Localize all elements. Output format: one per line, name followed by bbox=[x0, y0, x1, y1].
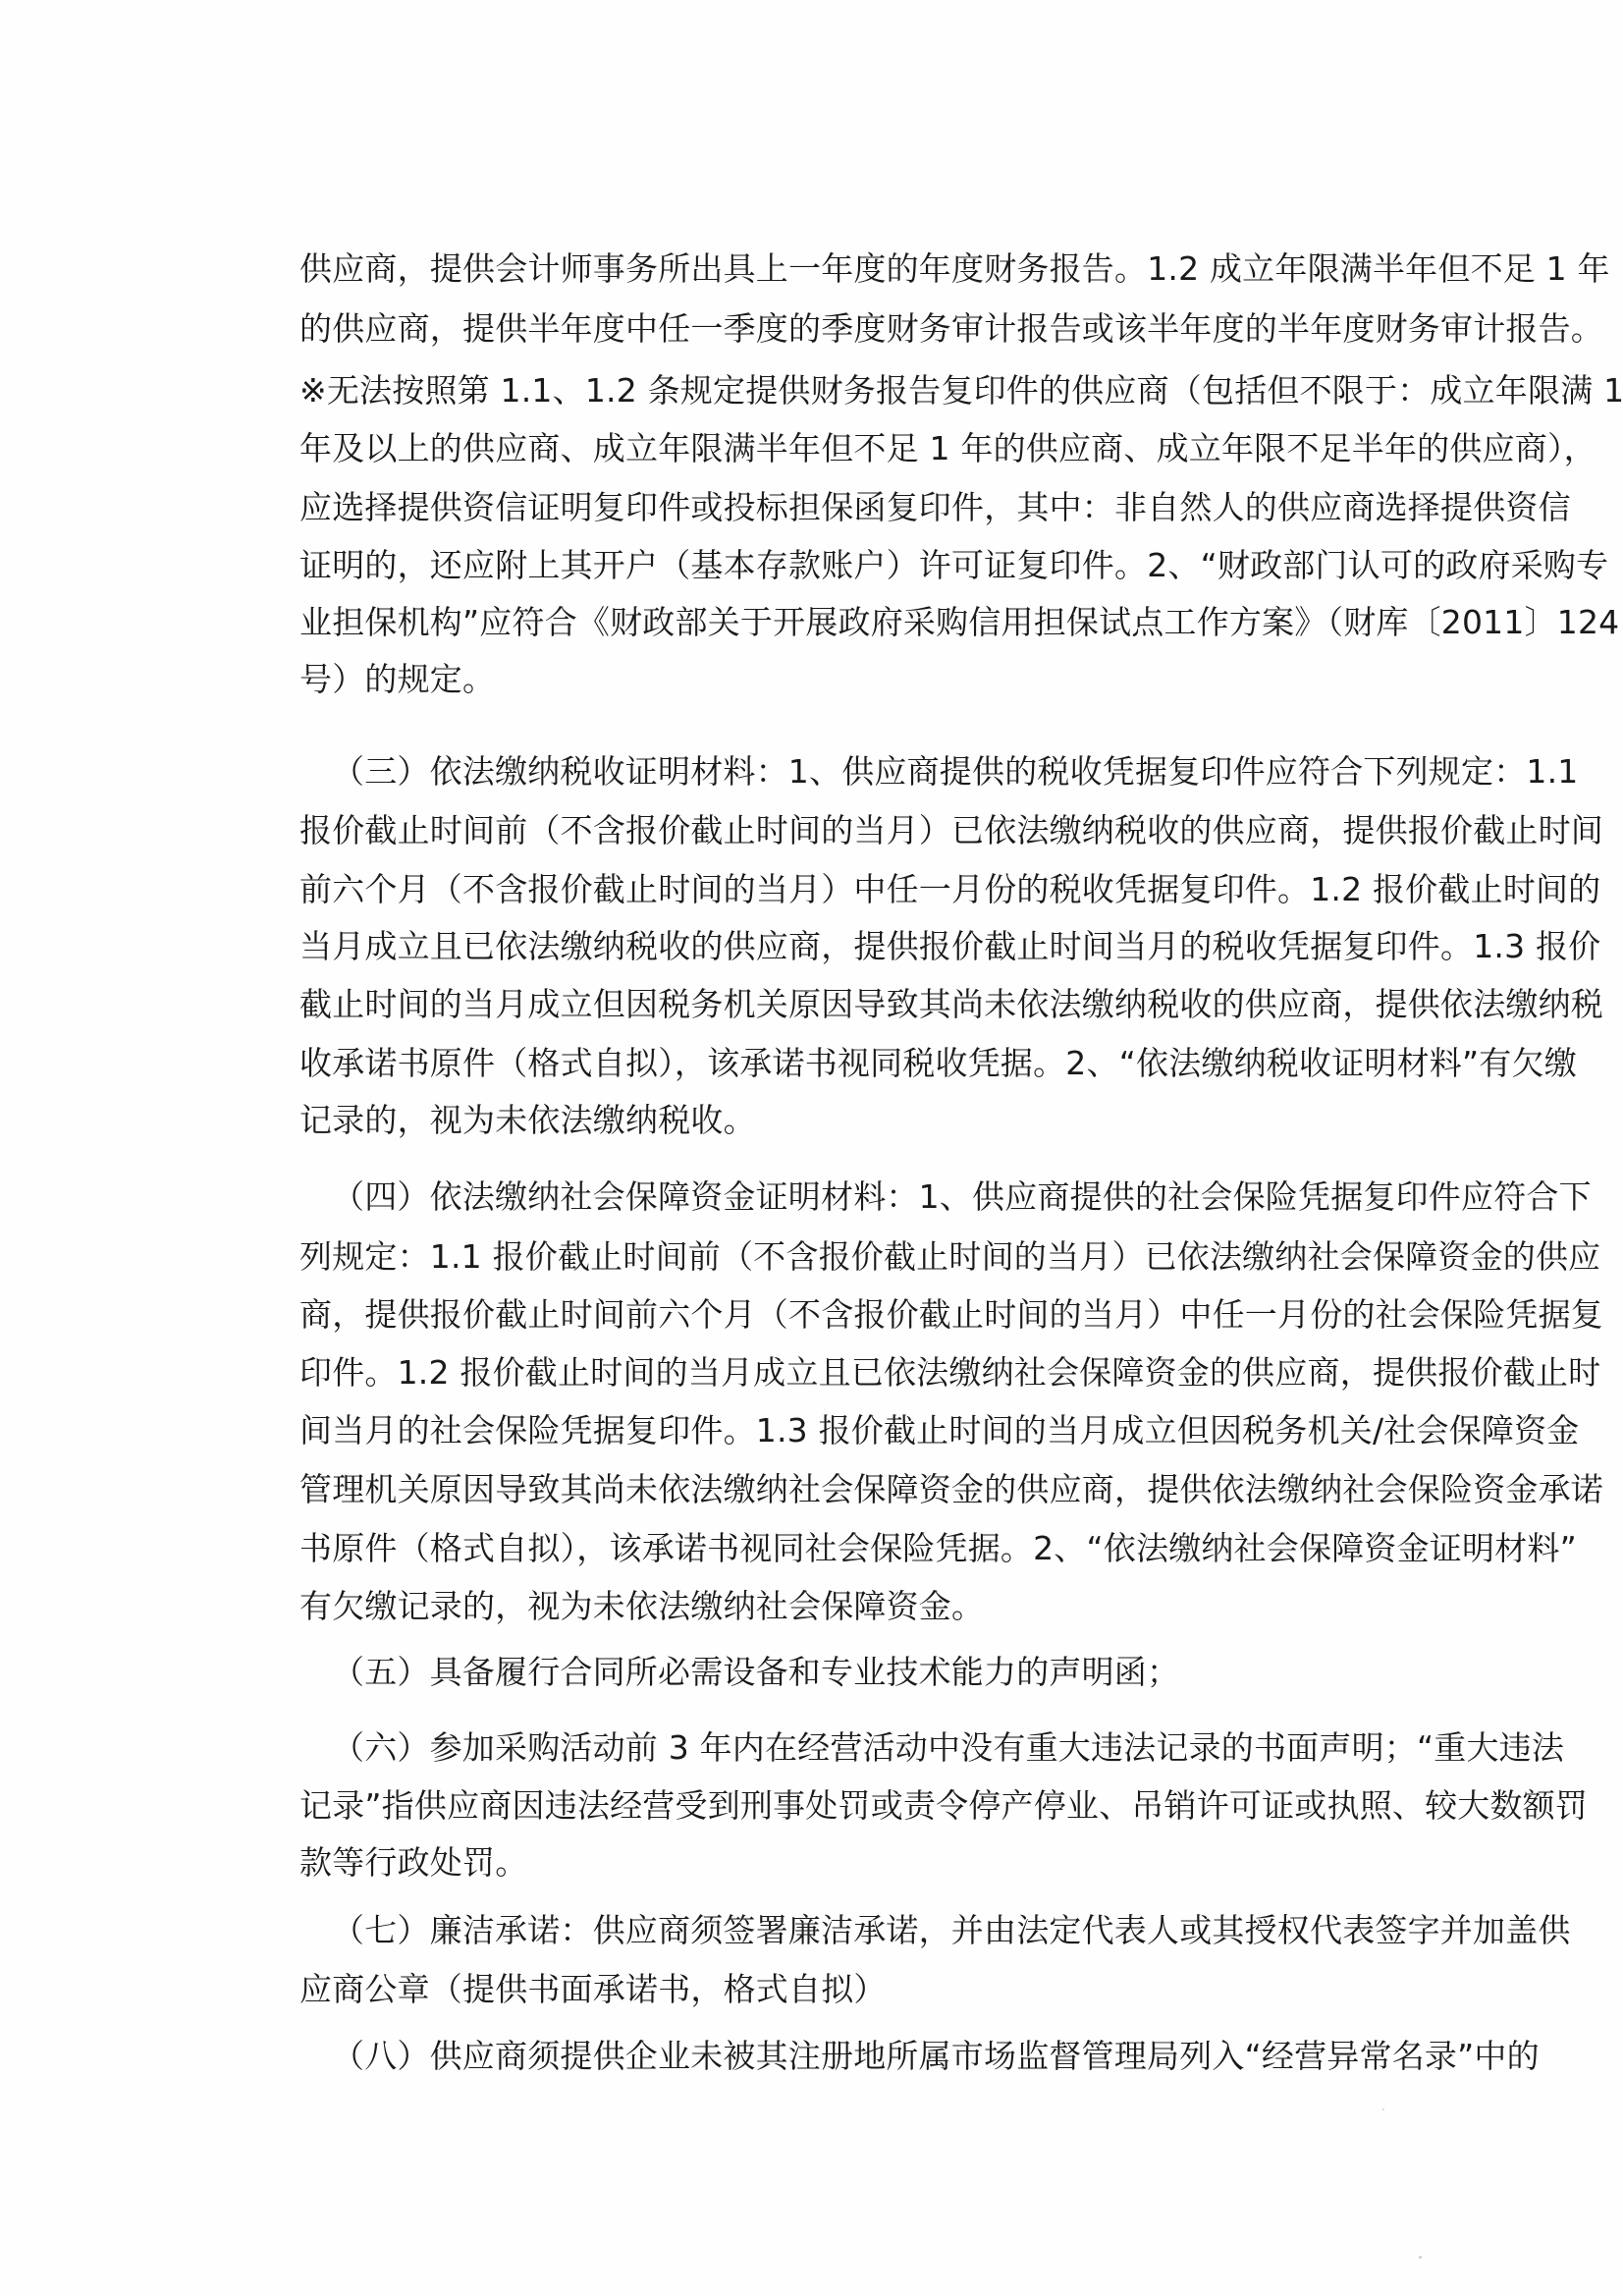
text-line: 前六个月（不含报价截止时间的当月）中任一月份的税收凭据复印件。1.2 报价截止时… bbox=[299, 870, 1384, 909]
text-line: 证明的，还应附上其开户（基本存款账户）许可证复印件。2、“财政部门认可的政府采购… bbox=[299, 546, 1384, 585]
text-line: 收承诺书原件（格式自拟），该承诺书视同税收凭据。2、“依法缴纳税收证明材料”有欠… bbox=[299, 1044, 1384, 1083]
text-line: （八）供应商须提供企业未被其注册地所属市场监督管理局列入“经营异常名录”中的 bbox=[332, 2037, 1384, 2076]
text-line: 供应商，提供会计师事务所出具上一年度的年度财务报告。1.2 成立年限满半年但不足… bbox=[299, 249, 1384, 289]
text-line: 列规定：1.1 报价截止时间前（不含报价截止时间的当月）已依法缴纳社会保障资金的… bbox=[299, 1237, 1384, 1277]
document-page: 供应商，提供会计师事务所出具上一年度的年度财务报告。1.2 成立年限满半年但不足… bbox=[0, 0, 1623, 2296]
text-line: （四）依法缴纳社会保障资金证明材料：1、供应商提供的社会保险凭据复印件应符合下 bbox=[332, 1177, 1384, 1217]
scan-speck bbox=[1419, 2256, 1422, 2259]
text-line: 印件。1.2 报价截止时间的当月成立且已依法缴纳社会保障资金的供应商，提供报价截… bbox=[299, 1353, 1384, 1393]
scan-speck bbox=[1382, 2108, 1384, 2110]
text-line: 间当月的社会保险凭据复印件。1.3 报价截止时间的当月成立但因税务机关/社会保障… bbox=[299, 1411, 1384, 1450]
text-line: 的供应商，提供半年度中任一季度的季度财务审计报告或该半年度的半年度财务审计报告。 bbox=[299, 309, 1384, 349]
text-line: 应选择提供资信证明复印件或投标担保函复印件，其中：非自然人的供应商选择提供资信 bbox=[299, 488, 1384, 527]
text-line: 业担保机构”应符合《财政部关于开展政府采购信用担保试点工作方案》（财库〔2011… bbox=[299, 603, 1384, 642]
text-line: 报价截止时间前（不含报价截止时间的当月）已依法缴纳税收的供应商，提供报价截止时间 bbox=[299, 811, 1384, 850]
text-line: 款等行政处罚。 bbox=[299, 1843, 1384, 1883]
text-line: （五）具备履行合同所必需设备和专业技术能力的声明函； bbox=[332, 1653, 1384, 1692]
text-line: 管理机关原因导致其尚未依法缴纳社会保障资金的供应商，提供依法缴纳社会保险资金承诺 bbox=[299, 1470, 1384, 1509]
text-line: （七）廉洁承诺：供应商须签署廉洁承诺，并由法定代表人或其授权代表签字并加盖供 bbox=[332, 1911, 1384, 1950]
text-line: 记录的，视为未依法缴纳税收。 bbox=[299, 1101, 1384, 1140]
text-line: ※无法按照第 1.1、1.2 条规定提供财务报告复印件的供应商（包括但不限于：成… bbox=[299, 371, 1384, 410]
text-line: 年及以上的供应商、成立年限满半年但不足 1 年的供应商、成立年限不足半年的供应商… bbox=[299, 429, 1384, 468]
text-line: 有欠缴记录的，视为未依法缴纳社会保障资金。 bbox=[299, 1587, 1384, 1626]
text-line: 号）的规定。 bbox=[299, 660, 1384, 699]
text-line: （三）依法缴纳税收证明材料：1、供应商提供的税收凭据复印件应符合下列规定：1.1 bbox=[332, 752, 1384, 792]
text-line: 商，提供报价截止时间前六个月（不含报价截止时间的当月）中任一月份的社会保险凭据复 bbox=[299, 1295, 1384, 1335]
text-line: （六）参加采购活动前 3 年内在经营活动中没有重大违法记录的书面声明；“重大违法 bbox=[332, 1728, 1384, 1768]
text-line: 书原件（格式自拟），该承诺书视同社会保险凭据。2、“依法缴纳社会保障资金证明材料… bbox=[299, 1529, 1384, 1568]
text-line: 当月成立且已依法缴纳税收的供应商，提供报价截止时间当月的税收凭据复印件。1.3 … bbox=[299, 927, 1384, 966]
text-line: 截止时间的当月成立但因税务机关原因导致其尚未依法缴纳税收的供应商，提供依法缴纳税 bbox=[299, 985, 1384, 1024]
text-line: 记录”指供应商因违法经营受到刑事处罚或责令停产停业、吊销许可证或执照、较大数额罚 bbox=[299, 1786, 1384, 1826]
text-line: 应商公章（提供书面承诺书，格式自拟） bbox=[299, 1970, 1384, 2009]
